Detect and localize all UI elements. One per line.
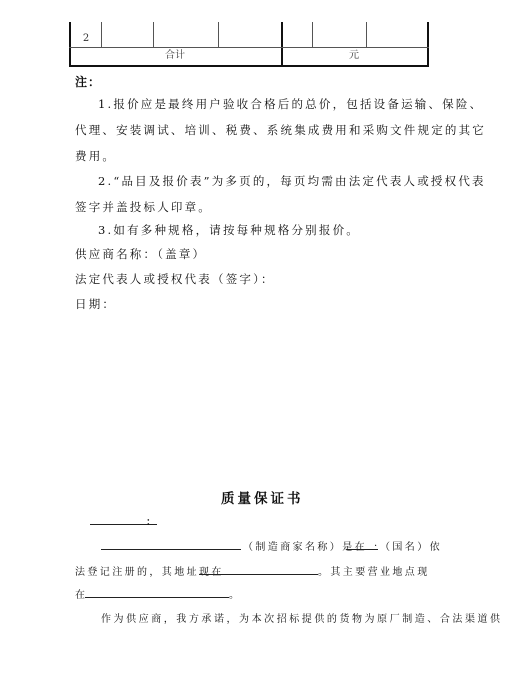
location-period: 。 bbox=[229, 586, 241, 601]
commitment-text: 作为供应商，我方承诺，为本次招标提供的货物为原厂制造、合法渠道供 bbox=[101, 610, 503, 625]
date-label: 日期： bbox=[75, 296, 116, 312]
note-2-line-1: 2.“品目及报价表”为多页的，每页均需由法定代表人或授权代表 bbox=[98, 173, 486, 189]
addressee-colon: ： bbox=[146, 513, 158, 528]
business-location-blank[interactable] bbox=[85, 597, 229, 598]
table-col-divider bbox=[312, 22, 313, 48]
price-table: 2 合计 元 bbox=[69, 22, 429, 66]
registration-text: 法登记注册的，其地址现在 bbox=[75, 563, 224, 578]
total-label-cell: 合计 bbox=[69, 49, 281, 63]
legal-representative-label: 法定代表人或授权代表（签字）： bbox=[75, 271, 275, 287]
table-col-divider bbox=[101, 22, 102, 48]
note-1-line-1: 1.报价应是最终用户验收合格后的总价，包括设备运输、保险、 bbox=[98, 96, 483, 112]
country-label-text: （国名）依 bbox=[380, 538, 442, 553]
country-dot: . bbox=[374, 538, 380, 549]
supplier-name-label: 供应商名称：（盖章） bbox=[75, 246, 206, 262]
manufacturer-name-text: （制造商家名称）是在 bbox=[243, 538, 367, 553]
table-col-divider bbox=[218, 22, 219, 48]
note-1-line-3: 费用。 bbox=[75, 148, 116, 164]
business-location-text: 。其主要营业地点现 bbox=[318, 563, 430, 578]
note-2-line-2: 签字并盖投标人印章。 bbox=[75, 199, 212, 215]
table-col-divider bbox=[153, 22, 154, 48]
table-border-bottom bbox=[69, 65, 429, 67]
currency-cell: 元 bbox=[281, 49, 427, 63]
row-number-cell: 2 bbox=[71, 32, 101, 46]
table-border-right bbox=[427, 22, 429, 66]
address-blank[interactable] bbox=[199, 574, 318, 575]
table-col-divider bbox=[366, 22, 367, 48]
note-3-line-1: 3.如有多种规格，请按每种规格分别报价。 bbox=[98, 222, 360, 238]
manufacturer-name-blank[interactable] bbox=[101, 549, 241, 550]
warranty-title: 质量保证书 bbox=[221, 487, 304, 507]
location-prefix: 在 bbox=[75, 586, 87, 601]
note-1-line-2: 代理、安装调试、培训、税费、系统集成费用和采购文件规定的其它 bbox=[75, 122, 486, 138]
notes-heading: 注： bbox=[75, 73, 101, 90]
country-blank[interactable] bbox=[346, 549, 378, 550]
